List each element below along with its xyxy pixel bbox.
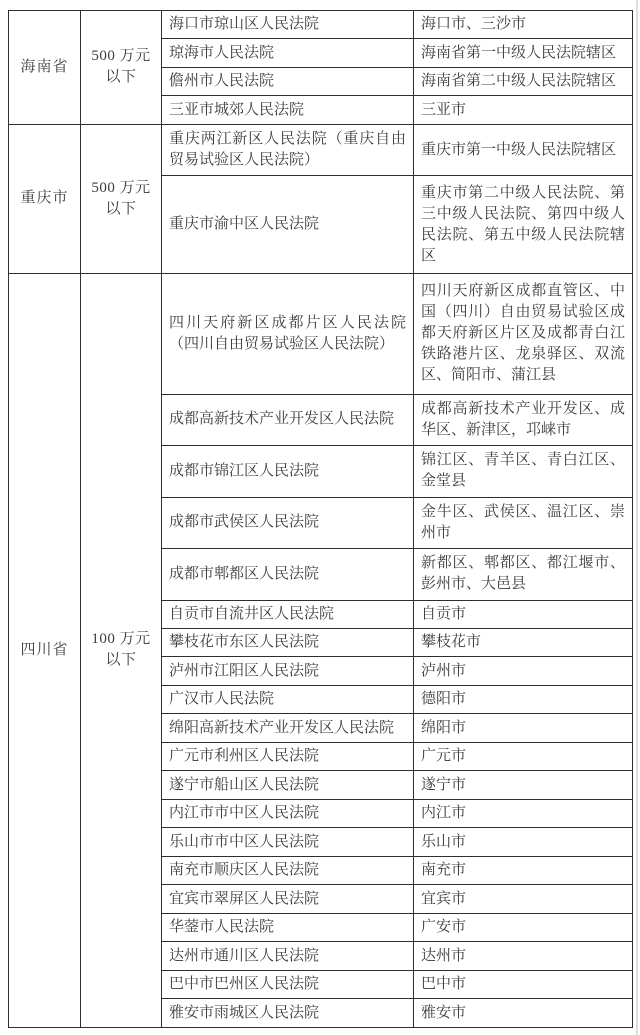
court-cell: 巴中市巴州区人民法院	[162, 970, 414, 998]
court-cell: 成都市郫都区人民法院	[162, 549, 414, 601]
jurisdiction-cell: 雅安市	[414, 999, 633, 1028]
jurisdiction-cell: 遂宁市	[414, 771, 633, 799]
jurisdiction-cell: 新都区、郫都区、都江堰市、彭州市、大邑县	[414, 549, 633, 601]
court-cell: 四川天府新区成都片区人民法院（四川自由贸易试验区人民法院）	[162, 273, 414, 394]
jurisdiction-cell: 攀枝花市	[414, 629, 633, 657]
threshold-cell: 100 万元 以下	[81, 273, 162, 1027]
court-cell: 泸州市江阳区人民法院	[162, 657, 414, 685]
jurisdiction-cell: 海口市、三沙市	[414, 11, 633, 39]
document-page: 海南省500 万元 以下海口市琼山区人民法院海口市、三沙市琼海市人民法院海南省第…	[0, 0, 640, 1035]
jurisdiction-cell: 成都高新技术产业开发区、成华区、新津区，邛崃市	[414, 394, 633, 446]
jurisdiction-cell: 宜宾市	[414, 885, 633, 913]
court-cell: 内江市市中区人民法院	[162, 799, 414, 827]
jurisdiction-cell: 泸州市	[414, 657, 633, 685]
jurisdiction-cell: 内江市	[414, 799, 633, 827]
threshold-cell: 500 万元 以下	[81, 11, 162, 125]
court-cell: 宜宾市翠屏区人民法院	[162, 885, 414, 913]
jurisdiction-cell: 海南省第一中级人民法院辖区	[414, 39, 633, 67]
jurisdiction-cell: 重庆市第一中级人民法院辖区	[414, 124, 633, 176]
court-cell: 广汉市人民法院	[162, 685, 414, 713]
threshold-cell: 500 万元 以下	[81, 124, 162, 273]
court-cell: 重庆两江新区人民法院（重庆自由贸易试验区人民法院）	[162, 124, 414, 176]
court-cell: 广元市利州区人民法院	[162, 742, 414, 770]
jurisdiction-cell: 达州市	[414, 942, 633, 970]
jurisdiction-cell: 锦江区、青羊区、青白江区、金堂县	[414, 446, 633, 498]
court-cell: 绵阳高新技术产业开发区人民法院	[162, 714, 414, 742]
court-cell: 成都市武侯区人民法院	[162, 497, 414, 549]
court-cell: 成都高新技术产业开发区人民法院	[162, 394, 414, 446]
jurisdiction-cell: 德阳市	[414, 685, 633, 713]
jurisdiction-cell: 广安市	[414, 913, 633, 941]
table-row: 四川省100 万元 以下四川天府新区成都片区人民法院（四川自由贸易试验区人民法院…	[9, 273, 633, 394]
court-cell: 攀枝花市东区人民法院	[162, 629, 414, 657]
court-cell: 海口市琼山区人民法院	[162, 11, 414, 39]
court-cell: 华蓥市人民法院	[162, 913, 414, 941]
court-cell: 琼海市人民法院	[162, 39, 414, 67]
table-row: 海南省500 万元 以下海口市琼山区人民法院海口市、三沙市	[9, 11, 633, 39]
table-row: 重庆市500 万元 以下重庆两江新区人民法院（重庆自由贸易试验区人民法院）重庆市…	[9, 124, 633, 176]
court-cell: 南充市顺庆区人民法院	[162, 856, 414, 884]
jurisdiction-cell: 海南省第二中级人民法院辖区	[414, 67, 633, 95]
court-cell: 雅安市雨城区人民法院	[162, 999, 414, 1028]
court-cell: 三亚市城郊人民法院	[162, 96, 414, 124]
page-edge-shadow	[636, 0, 638, 1035]
court-cell: 儋州市人民法院	[162, 67, 414, 95]
court-cell: 乐山市市中区人民法院	[162, 828, 414, 856]
court-cell: 自贡市自流井区人民法院	[162, 600, 414, 628]
province-cell: 海南省	[9, 11, 81, 125]
province-cell: 重庆市	[9, 124, 81, 273]
court-cell: 成都市锦江区人民法院	[162, 446, 414, 498]
jurisdiction-cell: 重庆市第二中级人民法院、第三中级人民法院、第四中级人民法院、第五中级人民法院辖区	[414, 176, 633, 274]
court-cell: 达州市通川区人民法院	[162, 942, 414, 970]
court-jurisdiction-table: 海南省500 万元 以下海口市琼山区人民法院海口市、三沙市琼海市人民法院海南省第…	[8, 10, 633, 1028]
table-body: 海南省500 万元 以下海口市琼山区人民法院海口市、三沙市琼海市人民法院海南省第…	[9, 11, 633, 1028]
jurisdiction-cell: 三亚市	[414, 96, 633, 124]
court-cell: 遂宁市船山区人民法院	[162, 771, 414, 799]
province-cell: 四川省	[9, 273, 81, 1027]
jurisdiction-cell: 四川天府新区成都直管区、中国（四川）自由贸易试验区成都天府新区片区及成都青白江铁…	[414, 273, 633, 394]
court-cell: 重庆市渝中区人民法院	[162, 176, 414, 274]
jurisdiction-cell: 广元市	[414, 742, 633, 770]
jurisdiction-cell: 自贡市	[414, 600, 633, 628]
jurisdiction-cell: 金牛区、武侯区、温江区、崇州市	[414, 497, 633, 549]
jurisdiction-cell: 乐山市	[414, 828, 633, 856]
jurisdiction-cell: 巴中市	[414, 970, 633, 998]
jurisdiction-cell: 南充市	[414, 856, 633, 884]
jurisdiction-cell: 绵阳市	[414, 714, 633, 742]
